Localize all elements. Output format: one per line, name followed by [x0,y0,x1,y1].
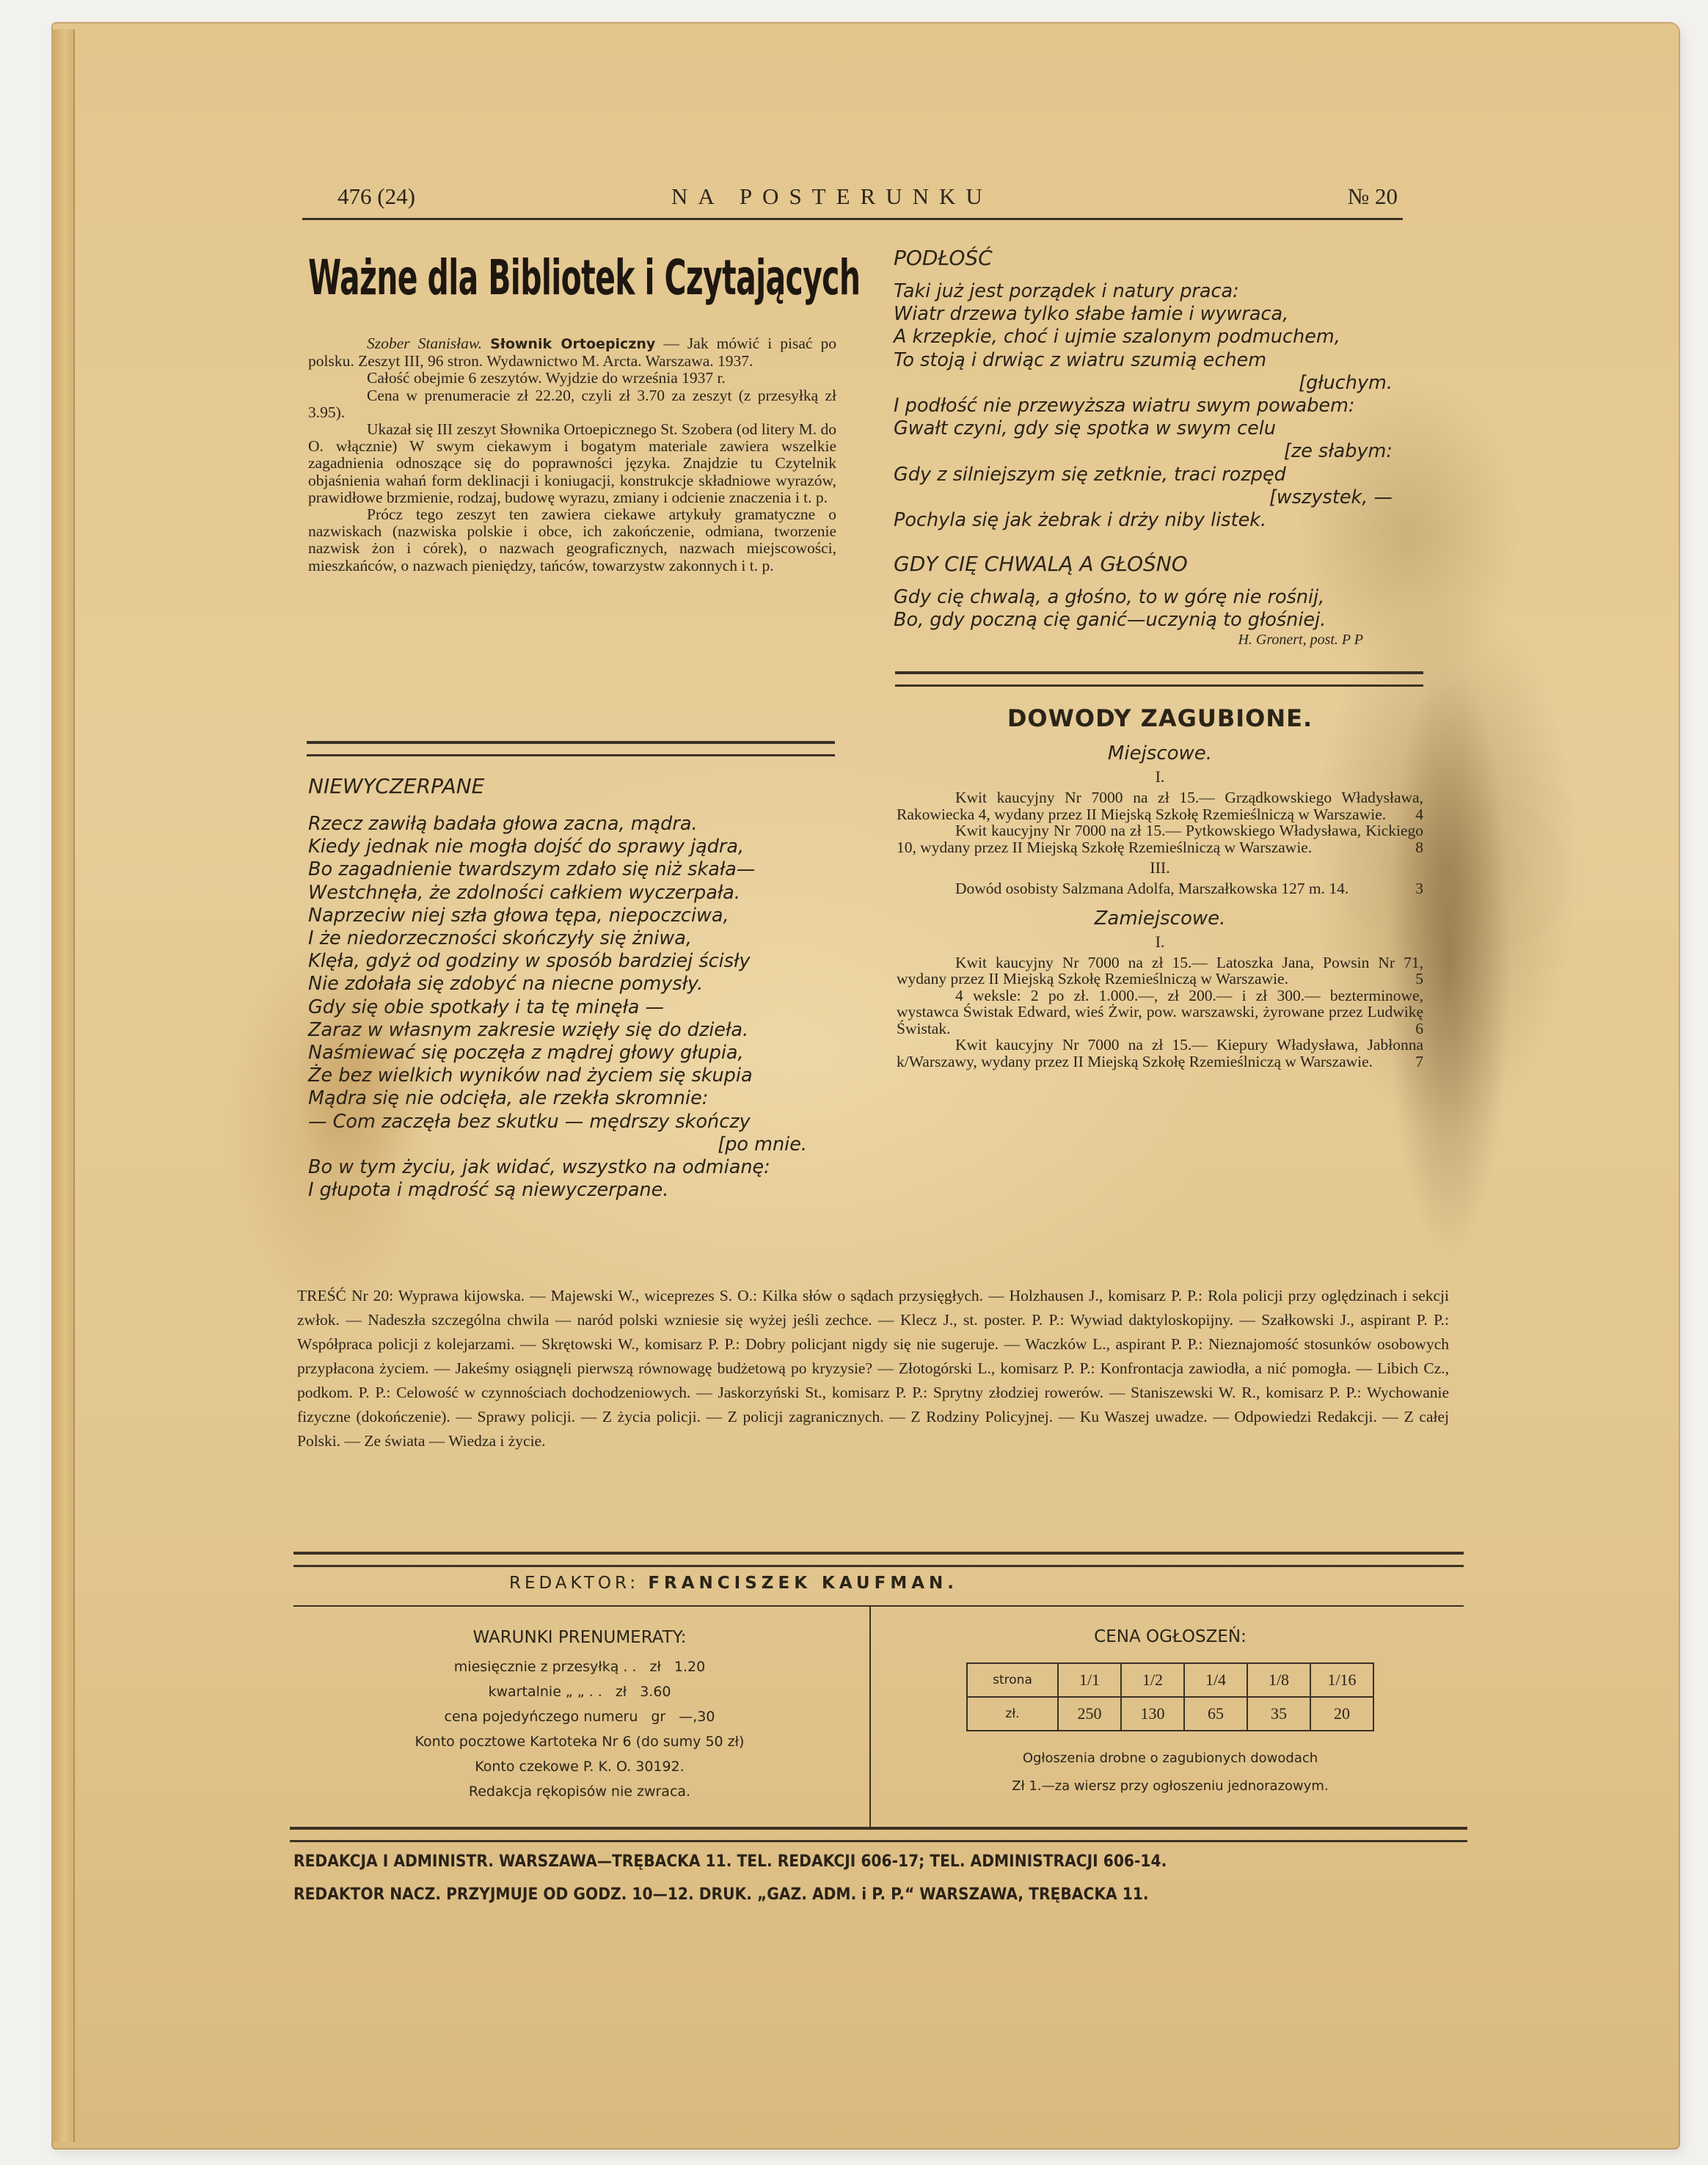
subscription-note: Konto pocztowe Kartoteka Nr 6 (do sumy 5… [293,1729,866,1754]
poem-line: A krzepkie, choć i ujmie szalonym podmuc… [894,326,1422,348]
poem-line: Zaraz w własnym zakresie wzięły się do d… [308,1019,836,1042]
ad-size-cell: 1/8 [1247,1663,1310,1697]
notice-number: 4 [1415,806,1423,823]
poem-line: Gdy z silniejszym się zetknie, traci roz… [894,464,1422,486]
imprint: REDAKCJA I ADMINISTR. WARSZAWA—TRĘBACKA … [293,1845,1167,1911]
subscription-row-value: 1.20 [674,1654,705,1679]
lost-document-item: Kwit kaucyjny Nr 7000 na zł 15.— Pytkows… [897,822,1423,855]
poem-line: Bo w tym życiu, jak widać, wszystko na o… [308,1156,836,1179]
ad-price-cell: 130 [1121,1697,1184,1731]
poem-line: [ze słabym: [894,440,1422,463]
subscription-row: cena pojedyńczego numerugr—,30 [293,1704,866,1729]
paragraph: Całość obejmie 6 zeszytów. Wyjdzie do wr… [308,370,836,387]
contents-text: Wyprawa kijowska. — Majewski W., wicepre… [297,1287,1449,1450]
poem-line: Bo, gdy poczną cię ganić—uczynią to głoś… [894,609,1422,632]
subscription-note: Konto czekowe P. K. O. 30192. [293,1754,866,1779]
poem-signature: H. Gronert, post. P P [894,632,1422,649]
publication-title: NA POSTERUNKU [671,183,993,210]
ad-size-cell: 1/16 [1310,1663,1373,1697]
notice-number: 7 [1415,1054,1423,1070]
lead-title: Słownik Ortoepiczny [490,336,655,352]
ad-price-cell: 20 [1310,1697,1373,1731]
editor-line: REDAKTOR: FRANCISZEK KAUFMAN. [293,1574,1174,1593]
poem-title: PODŁOŚĆ [894,246,1422,270]
subscription-terms: WARUNKI PRENUMERATY: miesięcznie z przes… [293,1625,866,1804]
ad-price-cell: 65 [1184,1697,1247,1731]
lost-documents-title: DOWODY ZAGUBIONE. [897,704,1423,732]
paragraph: Prócz tego zeszyt ten zawiera ciekawe ar… [308,506,836,574]
poem-line: [po mnie. [308,1133,836,1156]
poem-line: Nie zdołała się zdobyć na niecne pomysły… [308,973,836,996]
lost-document-item: Kwit kaucyjny Nr 7000 na zł 15.— Kiepury… [897,1037,1423,1070]
poem-line: Taki już jest porządek i natury praca: [894,280,1422,303]
subscription-row: kwartalnie „ „ . .zł3.60 [293,1679,866,1704]
lost-document-item: 4 weksle: 2 po zł. 1.000.—, zł 200.— i z… [897,987,1423,1037]
poem-line: I podłość nie przewyższa wiatru swym pow… [894,395,1422,417]
imprint-line: REDAKCJA I ADMINISTR. WARSZAWA—TRĘBACKA … [293,1845,1167,1878]
poem-line: Bo zagadnienie twardszym zdało się niż s… [308,858,836,881]
group-numeral: I. [897,932,1423,952]
section-divider [290,1827,1467,1842]
lost-documents: DOWODY ZAGUBIONE. Miejscowe.I.Kwit kaucy… [897,704,1423,1070]
notice-number: 6 [1415,1021,1423,1037]
poem-line: Naśmiewać się poczęła z mądrej głowy głu… [308,1042,836,1065]
ad-price-cell: 35 [1247,1697,1310,1731]
ad-note: Ogłoszenia drobne o zagubionych dowodach [877,1745,1464,1772]
notice-text: Kwit kaucyjny Nr 7000 na zł 15.— Kiepury… [897,1037,1423,1070]
ad-price-table: strona 1/11/21/41/81/16 zł. 250130653520 [966,1662,1374,1731]
ad-price-cell: 250 [1058,1697,1121,1731]
subscription-row-unit: zł [650,1654,661,1679]
subscription-row-label: kwartalnie „ „ . . [489,1679,602,1704]
running-head: 476 (24) NA POSTERUNKU № 20 [330,183,1398,220]
poem-line: I głupota i mądrość są niewyczerpane. [308,1179,836,1202]
ad-price-header-row: strona 1/11/21/41/81/16 [967,1663,1373,1697]
notice-text: 4 weksle: 2 po zł. 1.000.—, zł 200.— i z… [897,987,1423,1037]
poem-line: I że niedorzeczności skończyły się żniwa… [308,927,836,950]
section-divider [895,671,1423,687]
poem-podlosc: PODŁOŚĆ Taki już jest porządek i natury … [894,246,1422,532]
ad-size-cell: 1/1 [1058,1663,1121,1697]
poem-gdy-cie-chwala: GDY CIĘ CHWALĄ A GŁOŚNO Gdy cię chwalą, … [894,552,1422,649]
poem-line: Westchnęła, że zdolności całkiem wyczerp… [308,882,836,905]
ad-prices-title: CENA OGŁOSZEŃ: [877,1627,1464,1646]
lost-documents-list: Miejscowe.I.Kwit kaucyjny Nr 7000 na zł … [897,742,1423,1070]
poem-line: Rzecz zawiłą badała głowa zacna, mądra. [308,813,836,836]
notice-number: 8 [1415,839,1423,856]
poem-line: Wiatr drzewa tylko słabe łamie i wywraca… [894,303,1422,326]
notice-text: Kwit kaucyjny Nr 7000 na zł 15.— Grządko… [897,789,1423,822]
poem-line: Kiedy jednak nie mogła dojść do sprawy j… [308,836,836,858]
poem-line: Naprzeciw niej szła głowa tępa, niepoczc… [308,905,836,927]
poem-line: — Com zaczęła bez skutku — mędrszy skońc… [308,1111,836,1133]
section-divider [307,741,835,756]
contents-label: TREŚĆ Nr 20: [297,1287,393,1304]
poem-line: Mądra się nie odcięła, ale rzekła skromn… [308,1087,836,1110]
issue-number: № 20 [1348,183,1398,210]
ad-size-cell: 1/4 [1184,1663,1247,1697]
page-binding-edge [51,29,75,2142]
header-rule [302,218,1403,220]
lost-documents-subsection: Miejscowe. [897,742,1423,764]
ad-note: Zł 1.—za wiersz przy ogłoszeniu jednoraz… [877,1772,1464,1800]
ad-price-value-row: zł. 250130653520 [967,1697,1373,1731]
editor-label: REDAKTOR: [509,1574,639,1593]
lost-document-item: Dowód osobisty Salzmana Adolfa, Marszałk… [897,880,1423,897]
table-of-contents: TREŚĆ Nr 20: Wyprawa kijowska. — Majewsk… [297,1284,1449,1453]
ad-currency-label: zł. [967,1697,1058,1731]
poem-body: Gdy cię chwalą, a głośno, to w górę nie … [894,586,1422,632]
poem-body: Rzecz zawiłą badała głowa zacna, mądra.K… [308,813,836,1202]
poem-line: Gdy cię chwalą, a głośno, to w górę nie … [894,586,1422,609]
paragraph: Cena w prenumeracie zł 22.20, czyli zł 3… [308,387,836,421]
subscription-row-unit: zł [616,1679,627,1704]
lost-document-item: Kwit kaucyjny Nr 7000 na zł 15.— Latoszk… [897,954,1423,987]
subscription-row: miesięcznie z przesyłką . .zł1.20 [293,1654,866,1679]
ad-size-label: strona [967,1663,1058,1697]
poem-line: Gwałt czyni, gdy się spotka w swym celu [894,417,1422,440]
poem-line: Pochyla się jak żebrak i drży niby liste… [894,509,1422,532]
notice-number: 3 [1415,880,1423,897]
poem-title: NIEWYCZERPANE [308,774,836,798]
poem-line: Gdy się obie spotkały i ta tę minęła — [308,996,836,1019]
subscription-note: Redakcja rękopisów nie zwraca. [293,1779,866,1804]
section-divider [293,1552,1464,1567]
subscription-row-label: miesięcznie z przesyłką . . [454,1654,637,1679]
subscription-row-label: cena pojedyńczego numeru [445,1704,638,1729]
subscription-row-value: —,30 [679,1704,715,1729]
article-body: Szober Stanisław. Słownik Ortoepiczny — … [308,335,836,574]
column-divider [869,1607,871,1827]
ad-notes: Ogłoszenia drobne o zagubionych dowodach… [877,1745,1464,1800]
page-number: 476 (24) [337,183,415,210]
article-library: Ważne dla Bibliotek i Czytających Szober… [308,249,836,574]
ad-prices: CENA OGŁOSZEŃ: strona 1/11/21/41/81/16 z… [877,1627,1464,1800]
subscription-row-value: 3.60 [640,1679,671,1704]
notice-text: Kwit kaucyjny Nr 7000 na zł 15.— Pytkows… [897,822,1423,855]
subscription-prices: miesięcznie z przesyłką . .zł1.20kwartal… [293,1654,866,1729]
poem-line: [głuchym. [894,372,1422,395]
notice-number: 5 [1415,971,1423,987]
article-headline: Ważne dla Bibliotek i Czytających [308,249,635,306]
poem-line: [wszystek, — [894,486,1422,509]
poem-line: To stoją i drwiąc z wiatru szumią echem [894,349,1422,372]
lost-documents-subsection: Zamiejscowe. [897,908,1423,930]
poem-body: Taki już jest porządek i natury praca:Wi… [894,280,1422,532]
notice-text: Kwit kaucyjny Nr 7000 na zł 15.— Latoszk… [897,954,1423,987]
lost-document-item: Kwit kaucyjny Nr 7000 na zł 15.— Grządko… [897,789,1423,822]
poem-line: Klęła, gdyż od godziny w sposób bardziej… [308,950,836,973]
group-numeral: I. [897,767,1423,786]
poem-line: Że bez wielkich wyników nad życiem się s… [308,1065,836,1087]
poem-title: GDY CIĘ CHWALĄ A GŁOŚNO [894,552,1422,576]
subscription-row-unit: gr [651,1704,665,1729]
notice-text: Dowód osobisty Salzmana Adolfa, Marszałk… [897,880,1423,897]
group-numeral: III. [897,858,1423,877]
lead-author: Szober Stanisław. [367,335,482,352]
editor-name: FRANCISZEK KAUFMAN. [648,1574,958,1593]
paragraph: Ukazał się III zeszyt Słownika Ortoepicz… [308,421,836,506]
editor-rule [293,1605,1464,1607]
subscription-title: WARUNKI PRENUMERATY: [293,1625,866,1650]
imprint-line: REDAKTOR NACZ. PRZYJMUJE OD GODZ. 10—12.… [293,1878,1167,1911]
ad-size-cell: 1/2 [1121,1663,1184,1697]
poem-niewyczerpane: NIEWYCZERPANE Rzecz zawiłą badała głowa … [308,774,836,1202]
